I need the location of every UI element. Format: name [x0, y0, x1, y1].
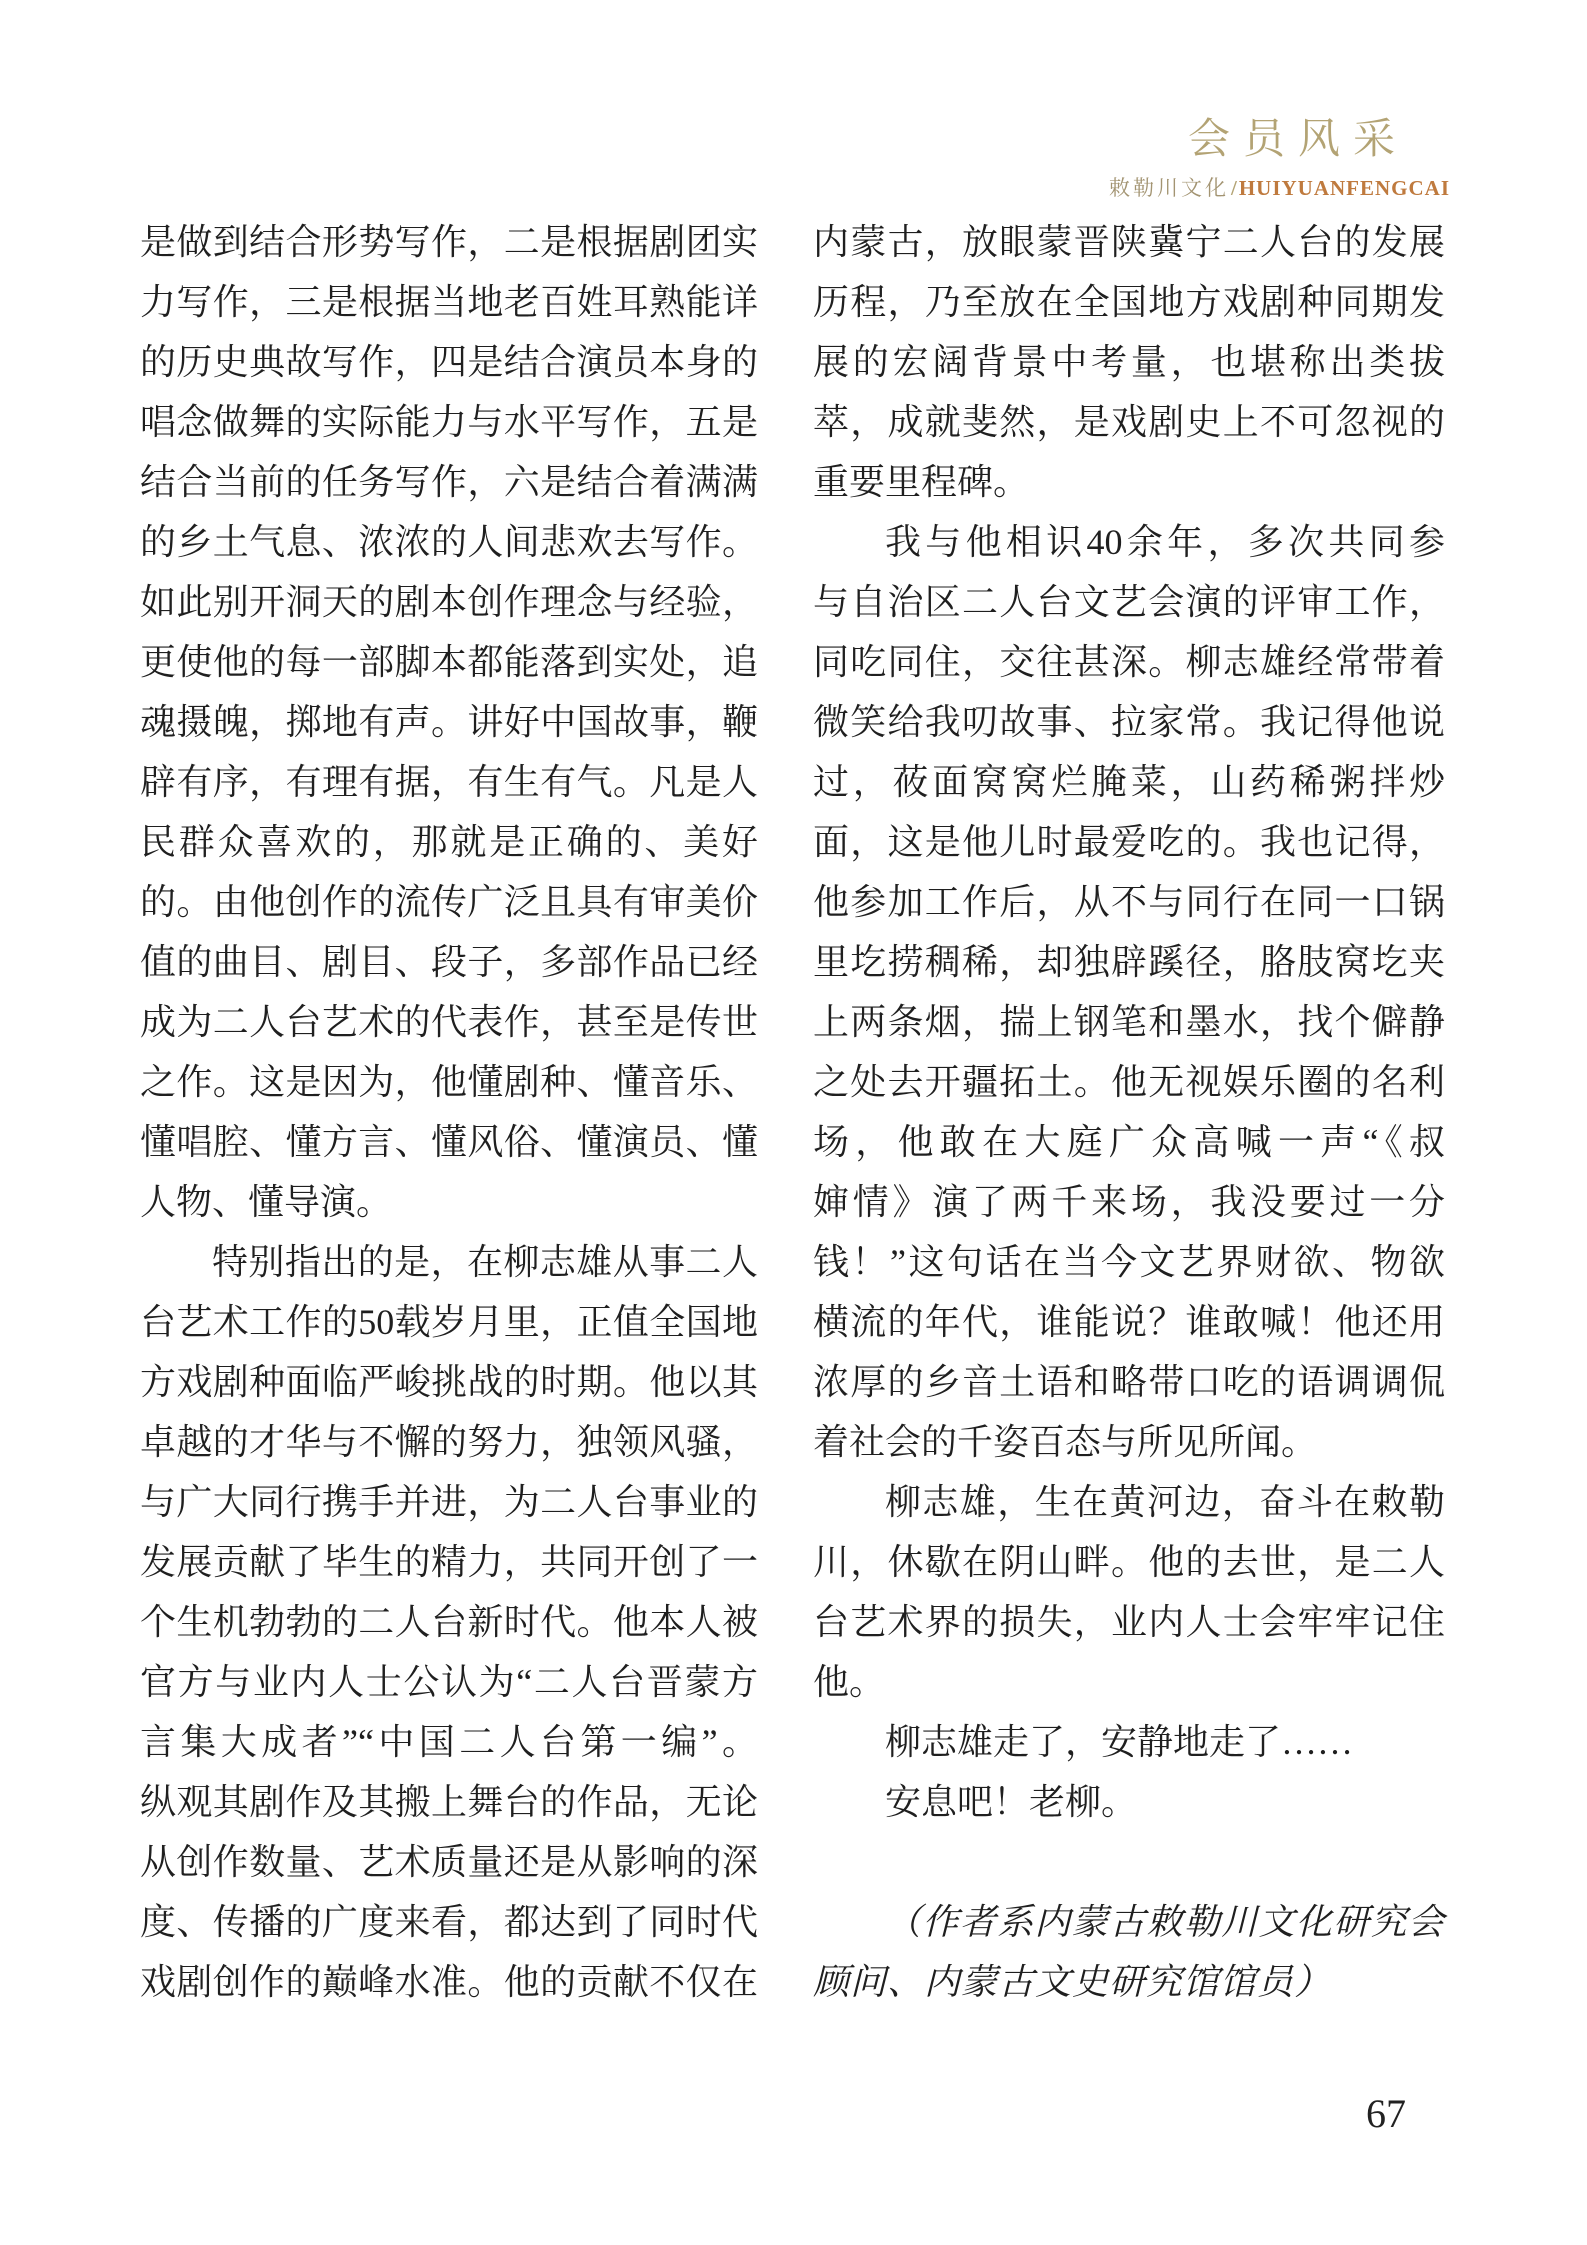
- journal-line: 敕勒川文化/HUIYUANFENGCAI: [1109, 172, 1450, 202]
- text-line: 我与他相识40余年，多次共同参: [813, 512, 1445, 572]
- text-line: 纵观其剧作及其搬上舞台的作品，无论: [140, 1772, 758, 1832]
- text-line: 更使他的每一部脚本都能落到实处，追: [140, 632, 758, 692]
- text-line: 官方与业内人士公认为“二人台晋蒙方: [140, 1652, 758, 1712]
- text-line: 钱！”这句话在当今文艺界财欲、物欲: [813, 1232, 1445, 1292]
- text-line: 他参加工作后，从不与同行在同一口锅: [813, 872, 1445, 932]
- text-line: 唱念做舞的实际能力与水平写作，五是: [140, 392, 758, 452]
- text-line: 他。: [813, 1652, 1445, 1712]
- text-line: 魂摄魄，掷地有声。讲好中国故事，鞭: [140, 692, 758, 752]
- text-line: 特别指出的是，在柳志雄从事二人: [140, 1232, 758, 1292]
- text-line: 场，他敢在大庭广众高喊一声“《叔: [813, 1112, 1445, 1172]
- text-line: 的。由他创作的流传广泛且具有审美价: [140, 872, 758, 932]
- text-line: 柳志雄走了，安静地走了……: [813, 1712, 1445, 1772]
- text-line: 发展贡献了毕生的精力，共同开创了一: [140, 1532, 758, 1592]
- text-line: 台艺术工作的50载岁月里，正值全国地: [140, 1292, 758, 1352]
- text-line: 懂唱腔、懂方言、懂风俗、懂演员、懂: [140, 1112, 758, 1172]
- journal-code: HUIYUANFENGCAI: [1239, 176, 1450, 200]
- text-line: 浓厚的乡音土语和略带口吃的语调调侃: [813, 1352, 1445, 1412]
- blank-line: [813, 1832, 1445, 1892]
- text-line: 过，莜面窝窝烂腌菜，山药稀粥拌炒: [813, 752, 1445, 812]
- text-line: 台艺术界的损失，业内人士会牢牢记住: [813, 1592, 1445, 1652]
- right-column: 内蒙古，放眼蒙晋陕冀宁二人台的发展历程，乃至放在全国地方戏剧种同期发展的宏阔背景…: [813, 212, 1445, 2012]
- text-line: 结合当前的任务写作，六是结合着满满: [140, 452, 758, 512]
- article-body: 是做到结合形势写作，二是根据剧团实力写作，三是根据当地老百姓耳熟能详的历史典故写…: [140, 212, 1445, 2012]
- text-line: 着社会的千姿百态与所见所闻。: [813, 1412, 1445, 1472]
- text-line: 的乡土气息、浓浓的人间悲欢去写作。: [140, 512, 758, 572]
- text-line: 横流的年代，谁能说？谁敢喊！他还用: [813, 1292, 1445, 1352]
- text-line: 重要里程碑。: [813, 452, 1445, 512]
- text-line: 度、传播的广度来看，都达到了同时代: [140, 1892, 758, 1952]
- text-line: 如此别开洞天的剧本创作理念与经验，: [140, 572, 758, 632]
- text-line: 与广大同行携手并进，为二人台事业的: [140, 1472, 758, 1532]
- left-column: 是做到结合形势写作，二是根据剧团实力写作，三是根据当地老百姓耳熟能详的历史典故写…: [140, 212, 758, 2012]
- section-title: 会员风采: [1109, 106, 1408, 166]
- text-line: 戏剧创作的巅峰水准。他的贡献不仅在: [140, 1952, 758, 2012]
- text-line: 之处去开疆拓土。他无视娱乐圈的名利: [813, 1052, 1445, 1112]
- text-line: 上两条烟，揣上钢笔和墨水，找个僻静: [813, 992, 1445, 1052]
- text-line: 面，这是他儿时最爱吃的。我也记得，: [813, 812, 1445, 872]
- journal-name: 敕勒川文化: [1109, 176, 1229, 200]
- text-line: （作者系内蒙古敕勒川文化研究会: [813, 1892, 1445, 1952]
- text-line: 从创作数量、艺术质量还是从影响的深: [140, 1832, 758, 1892]
- text-line: 的历史典故写作，四是结合演员本身的: [140, 332, 758, 392]
- page-number: 67: [1366, 2090, 1406, 2137]
- text-line: 是做到结合形势写作，二是根据剧团实: [140, 212, 758, 272]
- slash-separator: /: [1229, 176, 1239, 200]
- text-line: 微笑给我叨故事、拉家常。我记得他说: [813, 692, 1445, 752]
- text-line: 顾问、内蒙古文史研究馆馆员）: [813, 1952, 1445, 2012]
- text-line: 安息吧！老柳。: [813, 1772, 1445, 1832]
- text-line: 方戏剧种面临严峻挑战的时期。他以其: [140, 1352, 758, 1412]
- text-line: 萃，成就斐然，是戏剧史上不可忽视的: [813, 392, 1445, 452]
- text-line: 川，休歇在阴山畔。他的去世，是二人: [813, 1532, 1445, 1592]
- text-line: 之作。这是因为，他懂剧种、懂音乐、: [140, 1052, 758, 1112]
- text-line: 婶情》演了两千来场，我没要过一分: [813, 1172, 1445, 1232]
- text-line: 言集大成者”“中国二人台第一编”。: [140, 1712, 758, 1772]
- text-line: 同吃同住，交往甚深。柳志雄经常带着: [813, 632, 1445, 692]
- text-line: 卓越的才华与不懈的努力，独领风骚，: [140, 1412, 758, 1472]
- text-line: 柳志雄，生在黄河边，奋斗在敕勒: [813, 1472, 1445, 1532]
- text-line: 辟有序，有理有据，有生有气。凡是人: [140, 752, 758, 812]
- text-line: 民群众喜欢的，那就是正确的、美好: [140, 812, 758, 872]
- text-line: 展的宏阔背景中考量，也堪称出类拔: [813, 332, 1445, 392]
- page-header: 会员风采 敕勒川文化/HUIYUANFENGCAI: [1109, 106, 1450, 202]
- text-line: 力写作，三是根据当地老百姓耳熟能详: [140, 272, 758, 332]
- text-line: 值的曲目、剧目、段子，多部作品已经: [140, 932, 758, 992]
- text-line: 成为二人台艺术的代表作，甚至是传世: [140, 992, 758, 1052]
- text-line: 内蒙古，放眼蒙晋陕冀宁二人台的发展: [813, 212, 1445, 272]
- magazine-page: 会员风采 敕勒川文化/HUIYUANFENGCAI 是做到结合形势写作，二是根据…: [0, 0, 1587, 2245]
- text-line: 与自治区二人台文艺会演的评审工作，: [813, 572, 1445, 632]
- text-line: 人物、懂导演。: [140, 1172, 758, 1232]
- text-line: 个生机勃勃的二人台新时代。他本人被: [140, 1592, 758, 1652]
- text-line: 历程，乃至放在全国地方戏剧种同期发: [813, 272, 1445, 332]
- text-line: 里圪捞稠稀，却独辟蹊径，胳肢窝圪夹: [813, 932, 1445, 992]
